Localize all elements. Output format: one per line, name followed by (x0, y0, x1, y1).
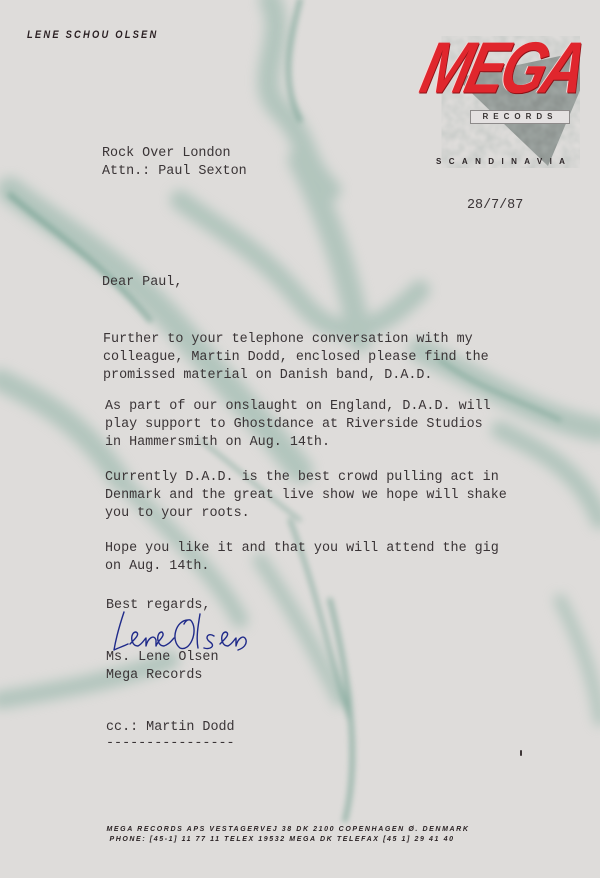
signer-block: Ms. Lene Olsen Mega Records (106, 649, 219, 685)
paragraph-line: As part of our onslaught on England, D.A… (105, 399, 491, 414)
paragraph: As part of our onslaught on England, D.A… (105, 398, 491, 452)
paragraph-line: Hope you like it and that you will atten… (105, 541, 499, 556)
logo-wordmark: MEGA (413, 26, 592, 110)
paper-speck (520, 750, 522, 756)
paragraph: Further to your telephone conversation w… (103, 331, 489, 385)
paragraph-line: you to your roots. (105, 506, 250, 521)
paragraph-line: Currently D.A.D. is the best crowd pulli… (105, 470, 499, 485)
footer-contact: PHONE: [45-1] 11 77 11 TELEX 19532 MEGA … (0, 836, 582, 843)
signer-company: Mega Records (106, 668, 202, 683)
paragraph-line: Further to your telephone conversation w… (103, 332, 473, 347)
paragraph-line: on Aug. 14th. (105, 559, 209, 574)
paragraph-line: in Hammersmith on Aug. 14th. (105, 435, 330, 450)
mega-records-logo: MEGA RECORDS SCANDINAVIA (430, 18, 580, 168)
letter-date: 28/7/87 (467, 197, 523, 215)
logo-region-label: SCANDINAVIA (436, 157, 572, 166)
greeting: Dear Paul, (102, 274, 182, 292)
logo-records-label: RECORDS (470, 110, 570, 124)
paragraph-line: Denmark and the great live show we hope … (105, 488, 507, 503)
paragraph: Currently D.A.D. is the best crowd pulli… (105, 469, 507, 523)
paragraph-line: colleague, Martin Dodd, enclosed please … (103, 350, 489, 365)
paragraph: Hope you like it and that you will atten… (105, 540, 499, 576)
letter-page: LENE SCHOU OLSEN MEGA RECORDS SCANDINAVI… (0, 0, 600, 878)
recipient-line: Rock Over London (102, 146, 231, 161)
cc-underline: ---------------- (106, 735, 235, 753)
sender-name: LENE SCHOU OLSEN (27, 29, 158, 41)
paragraph-line: play support to Ghostdance at Riverside … (105, 417, 483, 432)
recipient-line: Attn.: Paul Sexton (102, 164, 247, 179)
signer-name: Ms. Lene Olsen (106, 650, 219, 665)
recipient-address: Rock Over London Attn.: Paul Sexton (102, 145, 247, 181)
footer-address: MEGA RECORDS APS VESTAGERVEJ 38 DK 2100 … (0, 826, 588, 833)
paragraph-line: promissed material on Danish band, D.A.D… (103, 368, 432, 383)
